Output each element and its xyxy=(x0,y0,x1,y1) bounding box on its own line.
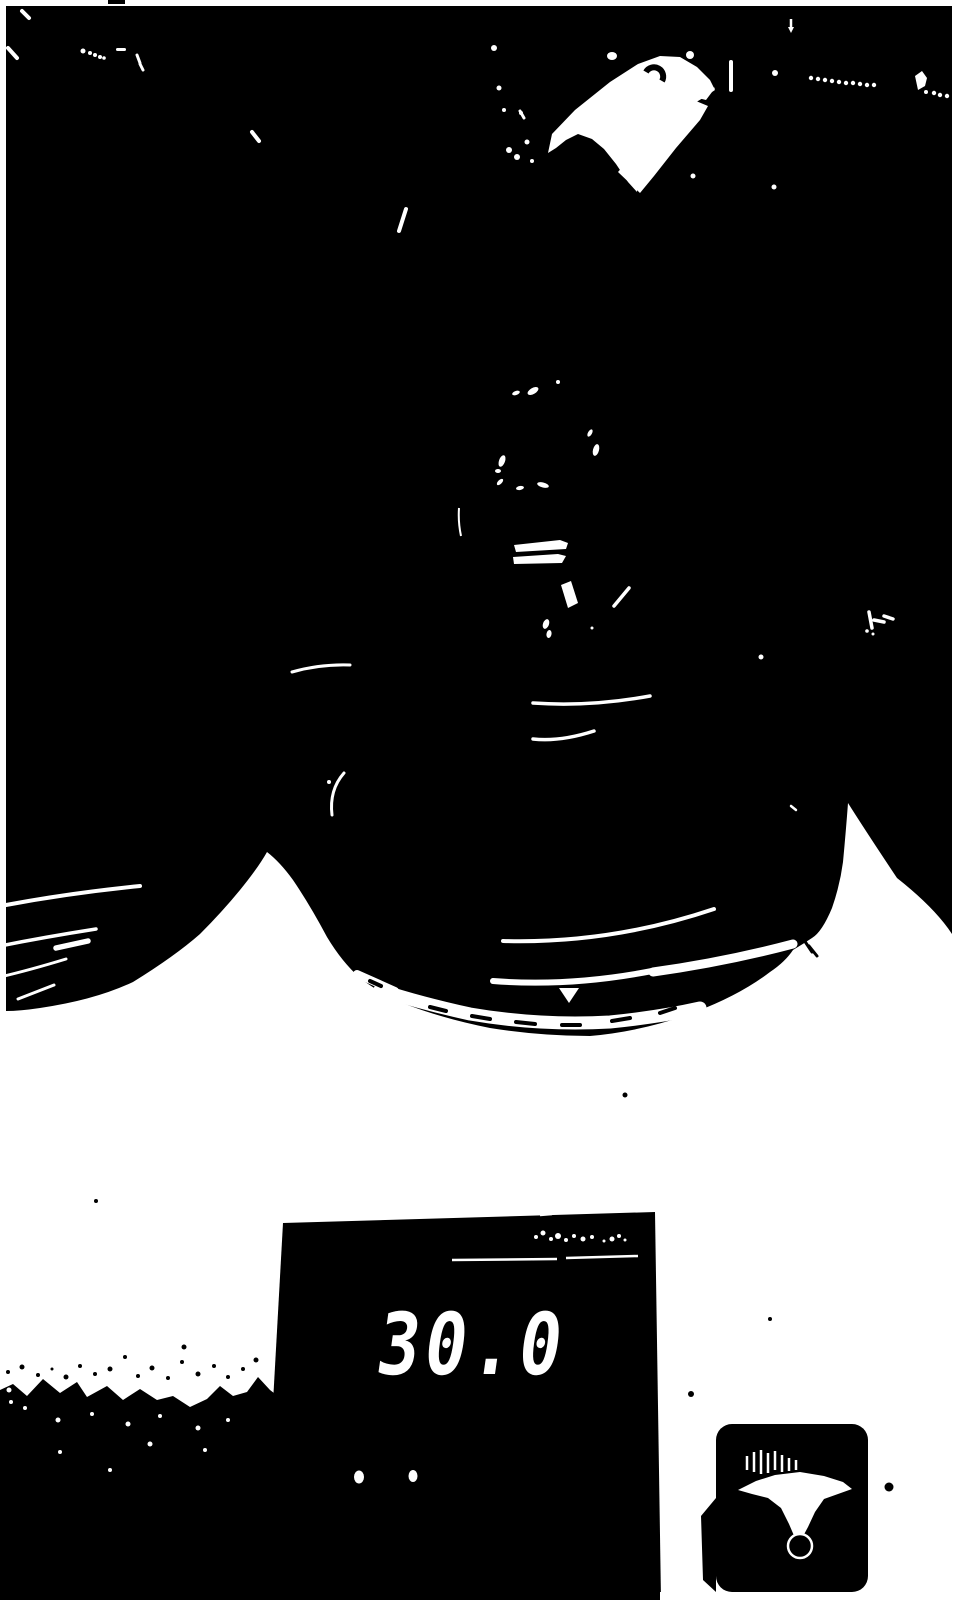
temperature-controller-panel: 30.0 xyxy=(262,1212,661,1600)
temperature-display: 30.0 xyxy=(371,1295,574,1395)
apparatus-silhouette xyxy=(6,0,952,1036)
lab-apparatus-photo: 30.0 xyxy=(0,0,958,1600)
arrow-tip-ring xyxy=(788,1534,812,1558)
photo-art: 30.0 xyxy=(0,0,958,1600)
down-arrow-button[interactable] xyxy=(701,1424,868,1592)
